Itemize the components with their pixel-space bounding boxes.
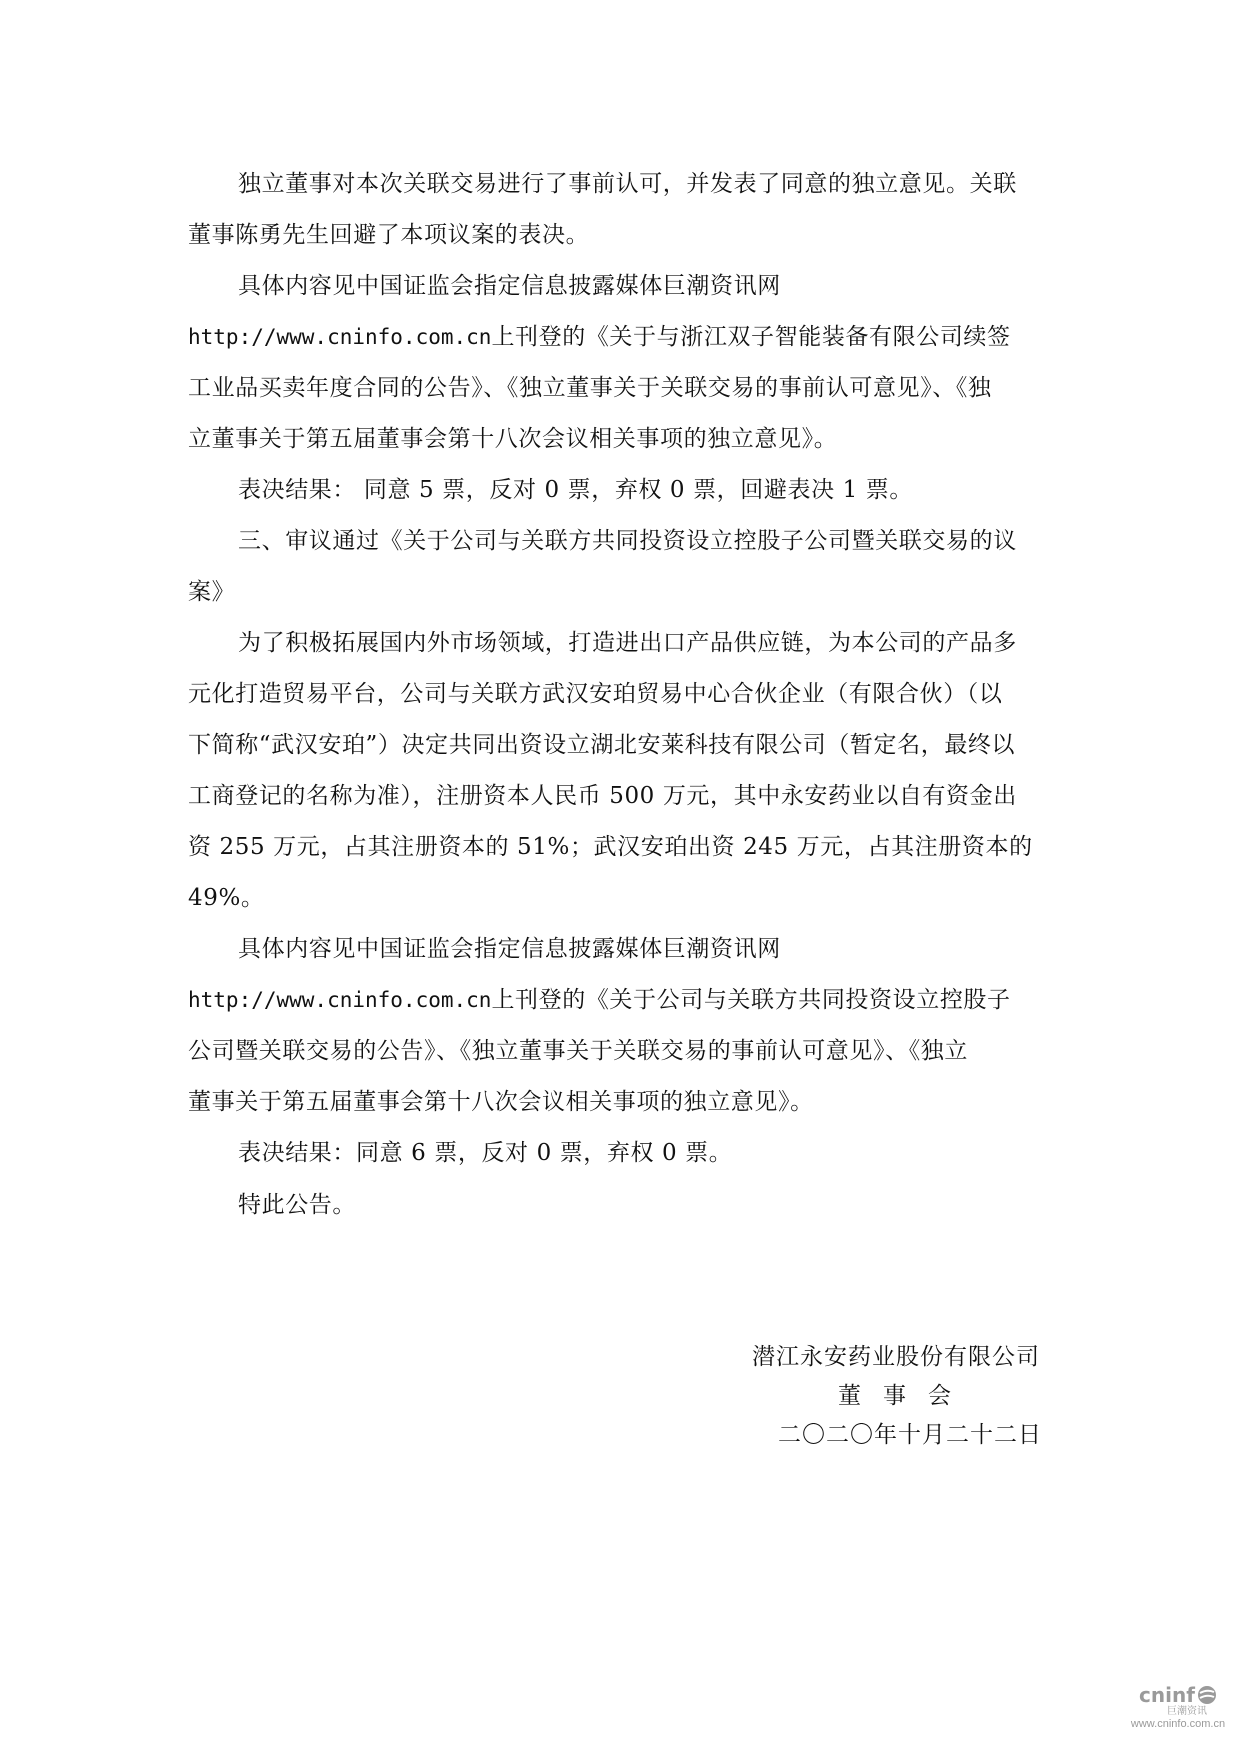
logo-text: cninf — [1139, 1684, 1195, 1706]
paragraph-line: 工商登记的名称为准），注册资本人民币 500 万元，其中永安药业以自有资金出 — [188, 771, 1050, 822]
paragraph-line: 公司暨关联交易的公告》、《独立董事关于关联交易的事前认可意见》、《独立 — [188, 1026, 1050, 1077]
paragraph-line: 49%。 — [188, 873, 1050, 924]
paragraph-line: 下简称“武汉安珀”）决定共同出资设立湖北安莱科技有限公司（暂定名，最终以 — [188, 720, 1050, 771]
section-heading-3-cont: 案》 — [188, 567, 1050, 618]
closing-statement: 特此公告。 — [238, 1180, 1050, 1231]
paragraph-line: 董事关于第五届董事会第十八次会议相关事项的独立意见》。 — [188, 1077, 1050, 1128]
document-page: 独立董事对本次关联交易进行了事前认可，并发表了同意的独立意见。关联 董事陈勇先生… — [0, 0, 1241, 1754]
cninfo-watermark: cninf 巨潮资讯 www.cninfo.com.cn — [1118, 1684, 1238, 1731]
paragraph-line: 独立董事对本次关联交易进行了事前认可，并发表了同意的独立意见。关联 — [238, 159, 1050, 210]
paragraph-line: 资 255 万元，占其注册资本的 51%；武汉安珀出资 245 万元，占其注册资… — [188, 822, 1050, 873]
paragraph-line: http://www.cninfo.com.cn上刊登的《关于与浙江双子智能装备… — [188, 312, 1050, 363]
line-text: 上刊登的《关于与浙江双子智能装备有限公司续签 — [491, 324, 1010, 350]
cninfo-logo: cninf — [1118, 1684, 1238, 1706]
paragraph-line: 具体内容见中国证监会指定信息披露媒体巨潮资讯网 — [238, 261, 1050, 312]
line-text: 上刊登的《关于公司与关联方共同投资设立控股子 — [491, 987, 1010, 1013]
section-heading-3: 三、审议通过《关于公司与关联方共同投资设立控股子公司暨关联交易的议 — [238, 516, 1050, 567]
cninfo-link[interactable]: http://www.cninfo.com.cn — [188, 988, 491, 1012]
paragraph-line: 为了积极拓展国内外市场领域，打造进出口产品供应链，为本公司的产品多 — [238, 618, 1050, 669]
vote-result-2: 表决结果：同意 6 票，反对 0 票，弃权 0 票。 — [238, 1128, 1050, 1179]
paragraph-line: 元化打造贸易平台，公司与关联方武汉安珀贸易中心合伙企业（有限合伙）（以 — [188, 669, 1050, 720]
paragraph-line: http://www.cninfo.com.cn上刊登的《关于公司与关联方共同投… — [188, 975, 1050, 1026]
cninfo-swirl-icon — [1197, 1685, 1217, 1705]
signature-date: 二〇二〇年十月二十二日 — [778, 1416, 1042, 1455]
vote-result-1: 表决结果： 同意 5 票，反对 0 票，弃权 0 票，回避表决 1 票。 — [238, 465, 1050, 516]
paragraph-line: 董事陈勇先生回避了本项议案的表决。 — [188, 210, 1050, 261]
watermark-cn-name: 巨潮资讯 — [1136, 1706, 1238, 1718]
paragraph-line: 工业品买卖年度合同的公告》、《独立董事关于关联交易的事前认可意见》、《独 — [188, 363, 1050, 414]
paragraph-line: 具体内容见中国证监会指定信息披露媒体巨潮资讯网 — [238, 924, 1050, 975]
signature-company: 潜江永安药业股份有限公司 — [752, 1338, 1040, 1377]
paragraph-line: 立董事关于第五届董事会第十八次会议相关事项的独立意见》。 — [188, 414, 1050, 465]
signature-board: 董事会 — [838, 1377, 973, 1416]
watermark-url: www.cninfo.com.cn — [1118, 1718, 1238, 1731]
cninfo-link[interactable]: http://www.cninfo.com.cn — [188, 325, 491, 349]
